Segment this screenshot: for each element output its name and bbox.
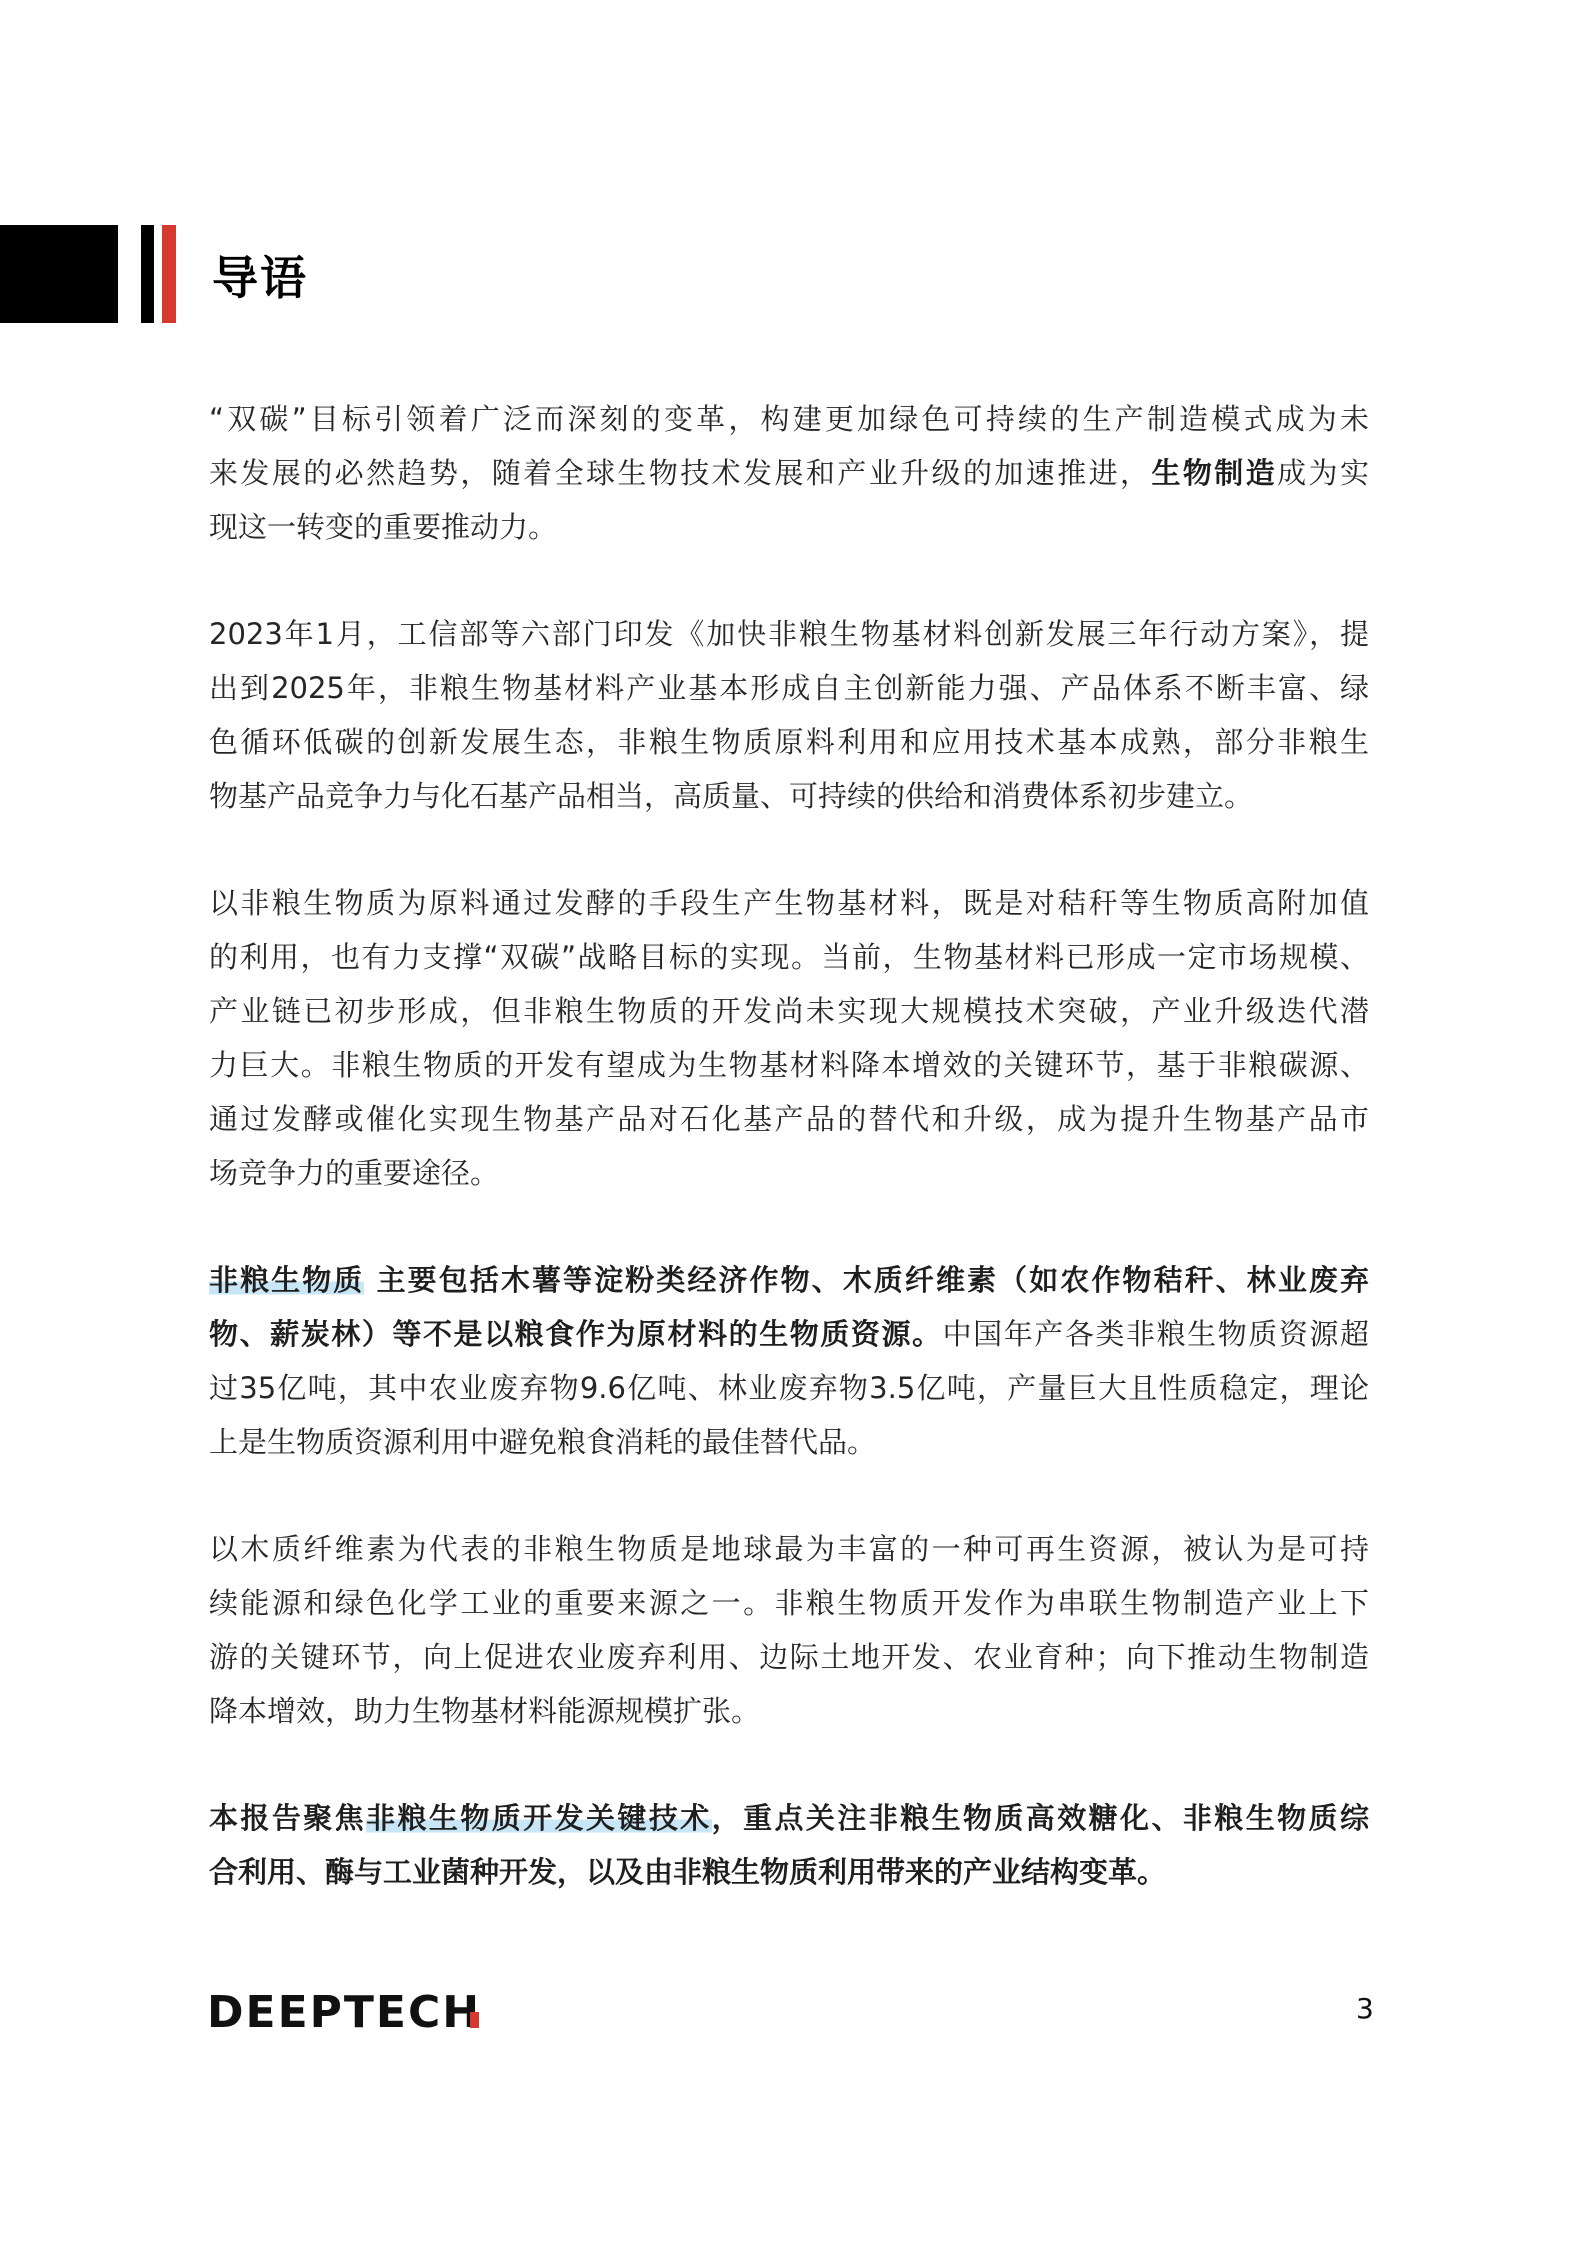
- highlighted-term: 非粮生物质开发关键技术: [366, 1801, 712, 1835]
- text-run: 游的关键环节，向上促进农业废弃利用、边际土地开发、农业育种；向下推动生物制造: [209, 1640, 1369, 1674]
- text-run: 场竞争力的重要途径。: [209, 1156, 499, 1190]
- bold-text: 主要包括木薯等淀粉类经济作物、木质纤维素（如农作物秸秆、林业废弃: [364, 1263, 1369, 1297]
- article-body: “双碳”目标引领着广泛而深刻的变革，构建更加绿色可持续的生产制造模式成为未来发展…: [209, 392, 1369, 1952]
- text-line: 出到2025年，非粮生物基材料产业基本形成自主创新能力强、产品体系不断丰富、绿: [209, 661, 1369, 715]
- text-run: 现这一转变的重要推动力。: [209, 510, 557, 544]
- paragraph: 2023年1月，工信部等六部门印发《加快非粮生物基材料创新发展三年行动方案》，提…: [209, 607, 1369, 823]
- text-run: 出到2025年，非粮生物基材料产业基本形成自主创新能力强、产品体系不断丰富、绿: [209, 671, 1369, 705]
- bold-text: ，重点关注非粮生物质高效糖化、非粮生物质综: [712, 1801, 1369, 1835]
- paragraph: 本报告聚焦非粮生物质开发关键技术，重点关注非粮生物质高效糖化、非粮生物质综合利用…: [209, 1791, 1369, 1899]
- header-black-block: [0, 225, 118, 323]
- text-line: 以非粮生物质为原料通过发酵的手段生产生物基材料，既是对秸秆等生物质高附加值: [209, 876, 1369, 930]
- logo-text: DEEPTECH: [207, 1991, 481, 2035]
- text-run: 物基产品竞争力与化石基产品相当，高质量、可持续的供给和消费体系初步建立。: [209, 779, 1253, 813]
- text-line: 的利用，也有力支撑“双碳”战略目标的实现。当前，生物基材料已形成一定市场规模、: [209, 930, 1369, 984]
- text-run: 以非粮生物质为原料通过发酵的手段生产生物基材料，既是对秸秆等生物质高附加值: [209, 886, 1369, 920]
- paragraph: 以木质纤维素为代表的非粮生物质是地球最为丰富的一种可再生资源，被认为是可持续能源…: [209, 1522, 1369, 1738]
- text-run: 过35亿吨，其中农业废弃物9.6亿吨、林业废弃物3.5亿吨，产量巨大且性质稳定，…: [209, 1371, 1369, 1405]
- text-line: 游的关键环节，向上促进农业废弃利用、边际土地开发、农业育种；向下推动生物制造: [209, 1630, 1369, 1684]
- text-run: 力巨大。非粮生物质的开发有望成为生物基材料降本增效的关键环节，基于非粮碳源、: [209, 1048, 1369, 1082]
- text-line: 物基产品竞争力与化石基产品相当，高质量、可持续的供给和消费体系初步建立。: [209, 769, 1369, 823]
- text-line: 物、薪炭林）等不是以粮食作为原材料的生物质资源。中国年产各类非粮生物质资源超: [209, 1307, 1369, 1361]
- text-line: 降本增效，助力生物基材料能源规模扩张。: [209, 1684, 1369, 1738]
- text-line: 合利用、酶与工业菌种开发，以及由非粮生物质利用带来的产业结构变革。: [209, 1845, 1369, 1899]
- text-run: 降本增效，助力生物基材料能源规模扩张。: [209, 1694, 760, 1728]
- paragraph: 非粮生物质 主要包括木薯等淀粉类经济作物、木质纤维素（如农作物秸秆、林业废弃物、…: [209, 1253, 1369, 1469]
- text-line: 续能源和绿色化学工业的重要来源之一。非粮生物质开发作为串联生物制造产业上下: [209, 1576, 1369, 1630]
- text-line: 通过发酵或催化实现生物基产品对石化基产品的替代和升级，成为提升生物基产品市: [209, 1092, 1369, 1146]
- text-run: 成为实: [1277, 456, 1369, 490]
- text-run: 续能源和绿色化学工业的重要来源之一。非粮生物质开发作为串联生物制造产业上下: [209, 1586, 1369, 1620]
- text-line: 产业链已初步形成，但非粮生物质的开发尚未实现大规模技术突破，产业升级迭代潜: [209, 984, 1369, 1038]
- text-run: 通过发酵或催化实现生物基产品对石化基产品的替代和升级，成为提升生物基产品市: [209, 1102, 1369, 1136]
- text-line: 以木质纤维素为代表的非粮生物质是地球最为丰富的一种可再生资源，被认为是可持: [209, 1522, 1369, 1576]
- page-title: 导语: [212, 248, 308, 308]
- paragraph: 以非粮生物质为原料通过发酵的手段生产生物基材料，既是对秸秆等生物质高附加值的利用…: [209, 876, 1369, 1200]
- text-line: 过35亿吨，其中农业废弃物9.6亿吨、林业废弃物3.5亿吨，产量巨大且性质稳定，…: [209, 1361, 1369, 1415]
- text-run: 上是生物质资源利用中避免粮食消耗的最佳替代品。: [209, 1425, 876, 1459]
- text-line: 非粮生物质 主要包括木薯等淀粉类经济作物、木质纤维素（如农作物秸秆、林业废弃: [209, 1253, 1369, 1307]
- highlighted-term: 非粮生物质: [209, 1263, 364, 1297]
- text-run: “双碳”目标引领着广泛而深刻的变革，构建更加绿色可持续的生产制造模式成为未: [209, 402, 1369, 436]
- text-line: 色循环低碳的创新发展生态，非粮生物质原料利用和应用技术基本成熟，部分非粮生: [209, 715, 1369, 769]
- text-line: 力巨大。非粮生物质的开发有望成为生物基材料降本增效的关键环节，基于非粮碳源、: [209, 1038, 1369, 1092]
- text-line: 2023年1月，工信部等六部门印发《加快非粮生物基材料创新发展三年行动方案》，提: [209, 607, 1369, 661]
- paragraph: “双碳”目标引领着广泛而深刻的变革，构建更加绿色可持续的生产制造模式成为未来发展…: [209, 392, 1369, 554]
- text-line: 本报告聚焦非粮生物质开发关键技术，重点关注非粮生物质高效糖化、非粮生物质综: [209, 1791, 1369, 1845]
- page-number: 3: [1356, 1993, 1374, 2025]
- bold-text: 物、薪炭林）等不是以粮食作为原材料的生物质资源。: [209, 1317, 943, 1351]
- header-black-bar: [141, 225, 154, 323]
- text-run: 以木质纤维素为代表的非粮生物质是地球最为丰富的一种可再生资源，被认为是可持: [209, 1532, 1369, 1566]
- text-line: 上是生物质资源利用中避免粮食消耗的最佳替代品。: [209, 1415, 1369, 1469]
- text-line: 现这一转变的重要推动力。: [209, 500, 1369, 554]
- text-line: 场竞争力的重要途径。: [209, 1146, 1369, 1200]
- bold-text: 生物制造: [1151, 456, 1277, 490]
- bold-text: 本报告聚焦: [209, 1801, 366, 1835]
- header-red-bar: [162, 225, 176, 323]
- text-run: 产业链已初步形成，但非粮生物质的开发尚未实现大规模技术突破，产业升级迭代潜: [209, 994, 1369, 1028]
- text-run: 中国年产各类非粮生物质资源超: [943, 1317, 1369, 1351]
- logo-red-accent: [470, 2012, 479, 2028]
- text-run: 2023年1月，工信部等六部门印发《加快非粮生物基材料创新发展三年行动方案》，提: [209, 617, 1369, 651]
- text-run: 的利用，也有力支撑“双碳”战略目标的实现。当前，生物基材料已形成一定市场规模、: [209, 940, 1369, 974]
- text-line: 来发展的必然趋势，随着全球生物技术发展和产业升级的加速推进，生物制造成为实: [209, 446, 1369, 500]
- deeptech-logo: DEEPTECH: [207, 1991, 479, 2035]
- text-run: 来发展的必然趋势，随着全球生物技术发展和产业升级的加速推进，: [209, 456, 1151, 490]
- text-run: 色循环低碳的创新发展生态，非粮生物质原料利用和应用技术基本成熟，部分非粮生: [209, 725, 1369, 759]
- text-line: “双碳”目标引领着广泛而深刻的变革，构建更加绿色可持续的生产制造模式成为未: [209, 392, 1369, 446]
- bold-text: 合利用、酶与工业菌种开发，以及由非粮生物质利用带来的产业结构变革。: [209, 1855, 1166, 1889]
